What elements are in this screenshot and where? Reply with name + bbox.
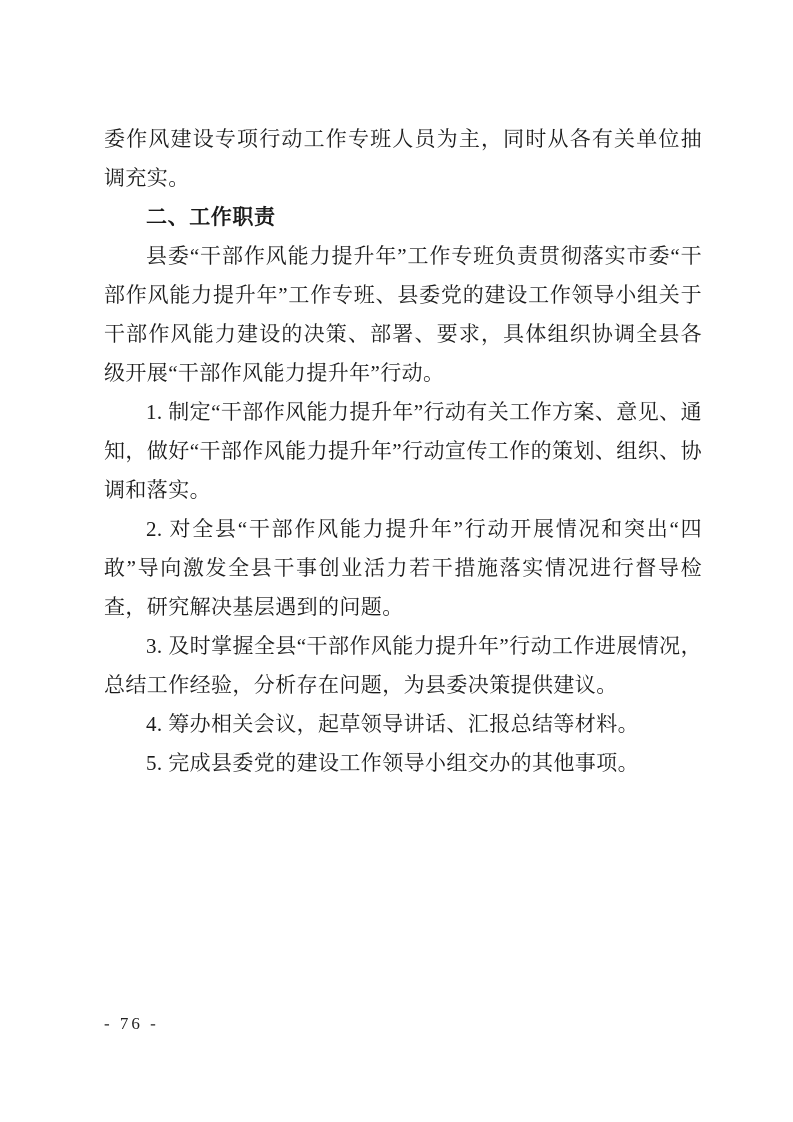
- section-heading: 二、工作职责: [104, 198, 702, 237]
- paragraph-item-1: 1. 制定“干部作风能力提升年”行动有关工作方案、意见、通知，做好“干部作风能力…: [104, 393, 702, 510]
- paragraph-item-4: 4. 筹办相关会议，起草领导讲话、汇报总结等材料。: [104, 705, 702, 744]
- paragraph-item-2: 2. 对全县“干部作风能力提升年”行动开展情况和突出“四敢”导向激发全县干事创业…: [104, 510, 702, 627]
- paragraph-item-5: 5. 完成县委党的建设工作领导小组交办的其他事项。: [104, 744, 702, 783]
- document-page: 委作风建设专项行动工作专班人员为主，同时从各有关单位抽调充实。 二、工作职责 县…: [0, 0, 793, 1122]
- document-body: 委作风建设专项行动工作专班人员为主，同时从各有关单位抽调充实。 二、工作职责 县…: [104, 120, 702, 783]
- page-number: - 76 -: [104, 1012, 159, 1036]
- paragraph-item-3: 3. 及时掌握全县“干部作风能力提升年”行动工作进展情况，总结工作经验，分析存在…: [104, 627, 702, 705]
- paragraph-continuation: 委作风建设专项行动工作专班人员为主，同时从各有关单位抽调充实。: [104, 120, 702, 198]
- paragraph-overview: 县委“干部作风能力提升年”工作专班负责贯彻落实市委“干部作风能力提升年”工作专班…: [104, 237, 702, 393]
